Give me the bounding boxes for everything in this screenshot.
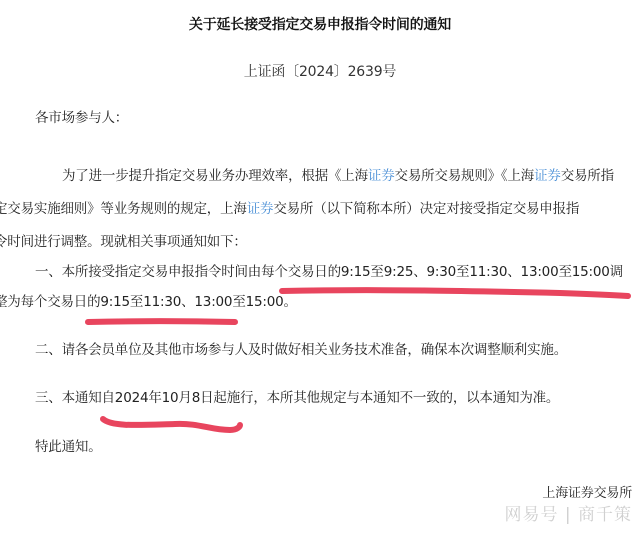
watermark: 网易号 | 商千策	[504, 506, 632, 524]
underline-new-hours	[88, 321, 235, 322]
intro-text-2b: 交易所（以下简称本所）决定对接受指定交易申报指	[273, 201, 579, 217]
securities-link[interactable]: 证券	[534, 168, 561, 184]
item-1-line-1: 一、本所接受指定交易申报指令时间由每个交易日的9:15至9:25、9:30至11…	[35, 263, 623, 281]
intro-line-1: 为了进一步提升指定交易业务办理效率，根据《上海证券交易所交易规则》《上海证券交易…	[62, 167, 614, 185]
underline-effective-date	[103, 419, 240, 430]
intro-line-3: 令时间进行调整。现就相关事项通知如下：	[0, 233, 247, 251]
underline-old-hours	[282, 290, 628, 296]
securities-link[interactable]: 证券	[368, 168, 395, 184]
intro-text-1c: 交易所指	[561, 168, 614, 184]
signature: 上海证券交易所	[542, 485, 632, 503]
intro-text-1b: 交易所交易规则》《上海	[395, 168, 535, 184]
item-2: 二、请各会员单位及其他市场参与人及时做好相关业务技术准备，确保本次调整顺利实施。	[35, 341, 567, 359]
greeting: 各市场参与人：	[35, 109, 128, 127]
document-title: 关于延长接受指定交易申报指令时间的通知	[0, 16, 640, 34]
securities-link[interactable]: 证券	[247, 201, 274, 217]
closing: 特此通知。	[35, 438, 102, 456]
item-1-line-2: 整为每个交易日的9:15至11:30、13:00至15:00。	[0, 293, 297, 311]
document-number: 上证函〔2024〕2639号	[0, 63, 640, 81]
intro-text-1a: 为了进一步提升指定交易业务办理效率，根据《上海	[62, 168, 368, 184]
intro-line-2: 定交易实施细则》等业务规则的规定，上海证券交易所（以下简称本所）决定对接受指定交…	[0, 200, 579, 218]
item-3: 三、本通知自2024年10月8日起施行，本所其他规定与本通知不一致的，以本通知为…	[35, 389, 559, 407]
intro-text-2a: 定交易实施细则》等业务规则的规定，上海	[0, 201, 247, 217]
